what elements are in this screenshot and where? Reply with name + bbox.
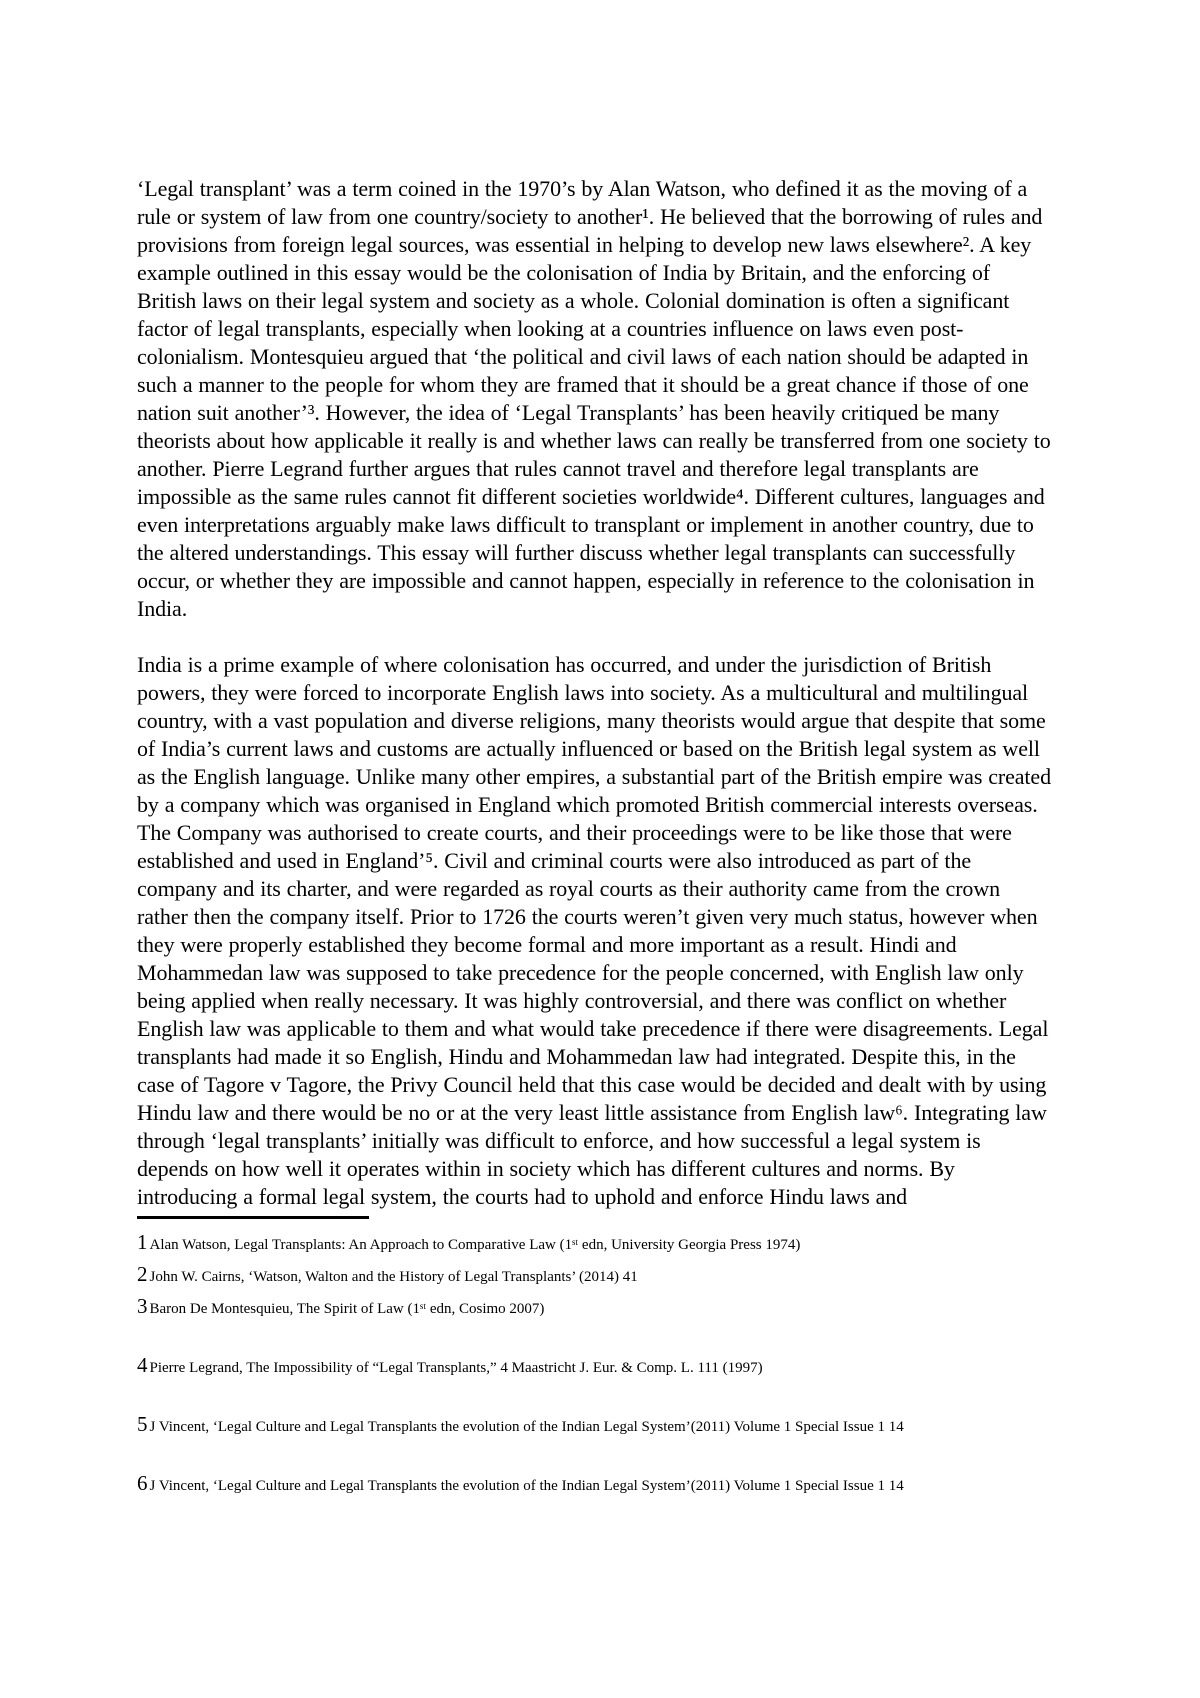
footnote-6-text: J Vincent, ‘Legal Culture and Legal Tran… <box>150 1478 904 1494</box>
footnote-2: 2John W. Cairns, ‘Watson, Walton and the… <box>137 1260 1067 1292</box>
footnote-5-marker: 5 <box>137 1412 148 1436</box>
footnote-6-marker: 6 <box>137 1471 148 1495</box>
footnote-6: 6J Vincent, ‘Legal Culture and Legal Tra… <box>137 1469 1067 1501</box>
footnote-5: 5J Vincent, ‘Legal Culture and Legal Tra… <box>137 1410 1067 1442</box>
footnote-4: 4Pierre Legrand, The Impossibility of “L… <box>137 1351 1067 1383</box>
essay-body: ‘Legal transplant’ was a term coined in … <box>0 0 1200 1501</box>
footnote-1-marker: 1 <box>137 1230 148 1254</box>
essay-paragraph-2: India is a prime example of where coloni… <box>137 651 1053 1211</box>
footnote-3-marker: 3 <box>137 1294 148 1318</box>
footnote-2-text: John W. Cairns, ‘Watson, Walton and the … <box>150 1269 638 1285</box>
footnotes-section: 1Alan Watson, Legal Transplants: An Appr… <box>137 1228 1067 1501</box>
footnote-1-text: Alan Watson, Legal Transplants: An Appro… <box>150 1237 801 1253</box>
footnote-1: 1Alan Watson, Legal Transplants: An Appr… <box>137 1228 1067 1260</box>
footnote-3: 3Baron De Montesquieu, The Spirit of Law… <box>137 1292 1067 1324</box>
footnote-2-marker: 2 <box>137 1262 148 1286</box>
footnote-4-text: Pierre Legrand, The Impossibility of “Le… <box>150 1360 763 1376</box>
footnote-separator <box>137 1216 369 1219</box>
footnote-3-text: Baron De Montesquieu, The Spirit of Law … <box>150 1301 545 1317</box>
footnote-5-text: J Vincent, ‘Legal Culture and Legal Tran… <box>150 1419 904 1435</box>
footnote-4-marker: 4 <box>137 1353 148 1377</box>
document-page: ‘Legal transplant’ was a term coined in … <box>0 0 1200 1698</box>
essay-paragraph-1: ‘Legal transplant’ was a term coined in … <box>137 175 1053 623</box>
